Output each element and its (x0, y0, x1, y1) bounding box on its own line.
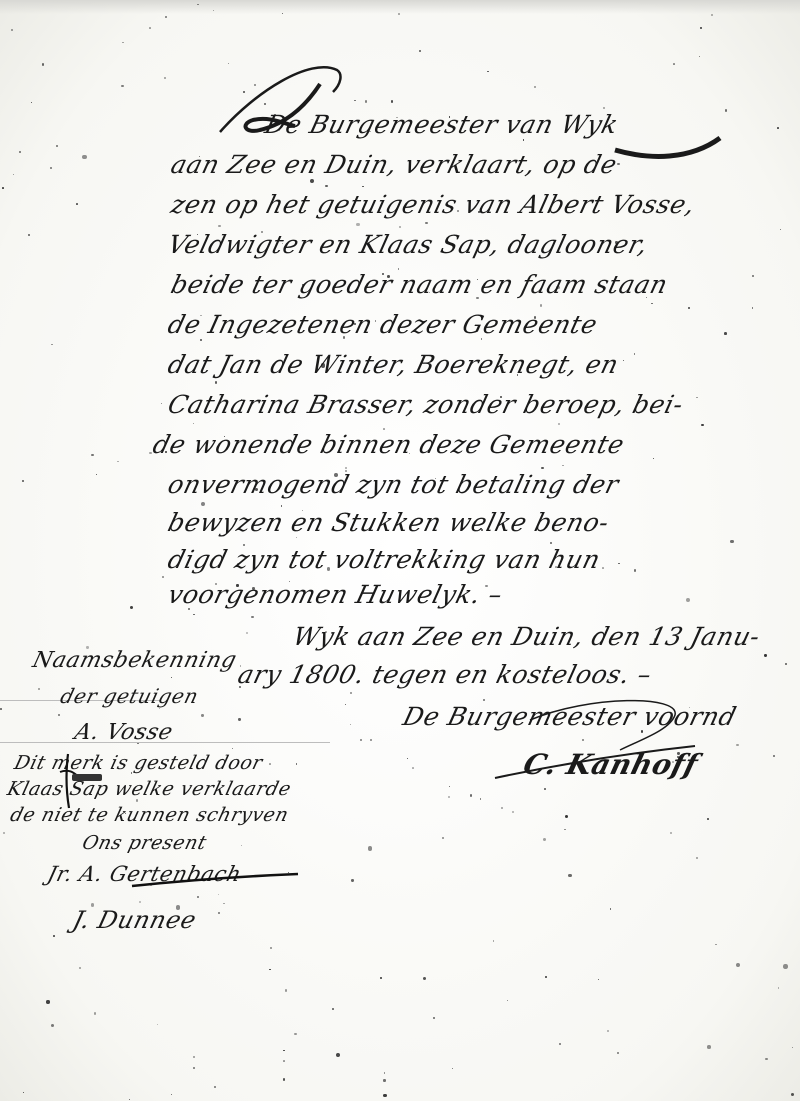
scan-speck (251, 616, 253, 618)
dateline-1: Wyk aan Zee en Duin, den 13 Janu- (290, 622, 763, 651)
scan-speck (165, 16, 167, 18)
scan-speck (686, 598, 690, 602)
body-line-5: beide ter goeder naam en faam staan (168, 270, 671, 299)
scan-speck (215, 381, 217, 383)
body-line-8: Catharina Brasser, zonder beroep, bei- (165, 390, 687, 419)
body-line-9: de wonende binnen deze Gemeente (150, 430, 628, 459)
scan-speck (164, 77, 166, 79)
mark-text-2: Klaas Sap welke verklaarde (5, 778, 294, 800)
scan-speck (332, 1008, 334, 1010)
scan-speck (201, 714, 203, 716)
body-line-1: De Burgemeester van Wyk (262, 110, 621, 139)
scan-speck (368, 846, 372, 850)
scan-speck (673, 63, 675, 65)
scan-speck (351, 879, 353, 881)
scan-speck (130, 606, 133, 609)
scan-speck (294, 1033, 296, 1035)
scan-speck (121, 85, 123, 87)
dateline-2: ary 1800. tegen en kosteloos. – (235, 660, 655, 689)
scan-speck (139, 901, 141, 903)
scan-speck (433, 1017, 435, 1019)
underline-flourish-icon (130, 870, 300, 890)
scan-speck (76, 203, 78, 205)
scan-speck (618, 563, 619, 564)
scan-speck (383, 1079, 385, 1081)
scan-speck (365, 100, 367, 102)
body-line-2: aan Zee en Duin, verklaart, op de (168, 150, 620, 179)
body-line-3: zen op het getuigenis van Albert Vosse, (168, 190, 698, 219)
scan-speck (283, 1060, 285, 1062)
scan-speck (285, 989, 287, 991)
scan-speck (483, 699, 485, 701)
scan-speck (545, 976, 547, 978)
scan-speck (360, 739, 362, 741)
scan-speck (269, 969, 270, 970)
scan-speck (201, 502, 205, 506)
scan-speck (46, 1000, 49, 1003)
scan-speck (171, 677, 172, 678)
scan-speck (701, 424, 703, 426)
scan-speck (50, 167, 51, 168)
scan-speck (700, 27, 701, 28)
scan-speck (384, 1072, 386, 1074)
scan-speck (149, 27, 151, 29)
scan-speck (246, 632, 248, 634)
scan-speck (778, 987, 780, 989)
scan-speck (122, 42, 123, 43)
scan-speck (218, 912, 220, 914)
body-line-11: bewyzen en Stukken welke beno- (165, 508, 612, 537)
reference-flourish-icon (610, 108, 780, 168)
scan-edge-shadow (0, 0, 800, 14)
margin-heading-1: Naamsbekenning (30, 648, 239, 673)
scan-speck (283, 1050, 284, 1051)
margin-heading-2: der getuigen (58, 684, 201, 708)
scan-speck (162, 576, 164, 578)
body-line-13: voorgenomen Huwelyk. – (165, 580, 506, 609)
present-label: Ons present (80, 832, 209, 854)
scan-speck (707, 1045, 711, 1049)
mark-text-1: Dit merk is gesteld door (12, 752, 265, 774)
scan-speck (736, 744, 739, 747)
scan-speck (38, 688, 40, 690)
scan-speck (399, 226, 401, 228)
scan-speck (238, 718, 240, 720)
scan-speck (345, 704, 346, 705)
scan-speck (269, 763, 271, 765)
body-line-4: Veldwigter en Klaas Sap, daglooner, (165, 230, 651, 259)
scan-speck (540, 304, 542, 306)
scan-speck (696, 397, 697, 398)
scan-speck (562, 465, 563, 466)
scan-speck (470, 794, 472, 796)
body-line-6: de Ingezetenen dezer Gemeente (165, 310, 601, 339)
signature-flourish-icon (490, 690, 710, 780)
scan-speck (423, 977, 426, 980)
scan-speck (218, 225, 220, 227)
scan-speck (764, 654, 766, 656)
scan-speck (617, 1052, 619, 1054)
scan-speck (730, 540, 734, 544)
witness-signature-vosse: A. Vosse (72, 720, 176, 745)
scan-speck (28, 234, 30, 236)
body-line-10: onvermogend zyn tot betaling der (165, 470, 622, 499)
scan-speck (380, 977, 381, 978)
scan-speck (370, 739, 371, 740)
scan-speck (281, 505, 282, 506)
mark-text-3: de niet te kunnen schryven (8, 804, 291, 826)
scan-speck (91, 454, 93, 456)
scan-speck (412, 767, 414, 769)
scan-speck (783, 964, 787, 968)
scan-speck (283, 1078, 285, 1080)
scan-speck (534, 86, 535, 87)
scan-speck (94, 1012, 96, 1014)
scan-speck (544, 788, 546, 790)
scan-speck (724, 332, 727, 335)
scan-speck (501, 807, 503, 809)
scan-speck (565, 815, 568, 818)
body-line-7: dat Jan de Winter, Boereknegt, en (165, 350, 622, 379)
scan-speck (541, 467, 543, 469)
scan-speck (559, 1043, 561, 1045)
scan-speck (688, 307, 690, 309)
scan-speck (3, 832, 5, 834)
scan-speck (193, 1067, 195, 1069)
witness-2-signature: J. Dunnee (70, 906, 199, 934)
scan-speck (193, 1056, 194, 1057)
scan-speck (193, 614, 194, 615)
scan-speck (53, 935, 55, 937)
body-line-12: digd zyn tot voltrekking van hun (165, 545, 604, 574)
scan-speck (22, 480, 24, 482)
cross-mark-icon (60, 750, 110, 810)
scan-speck (752, 307, 753, 308)
